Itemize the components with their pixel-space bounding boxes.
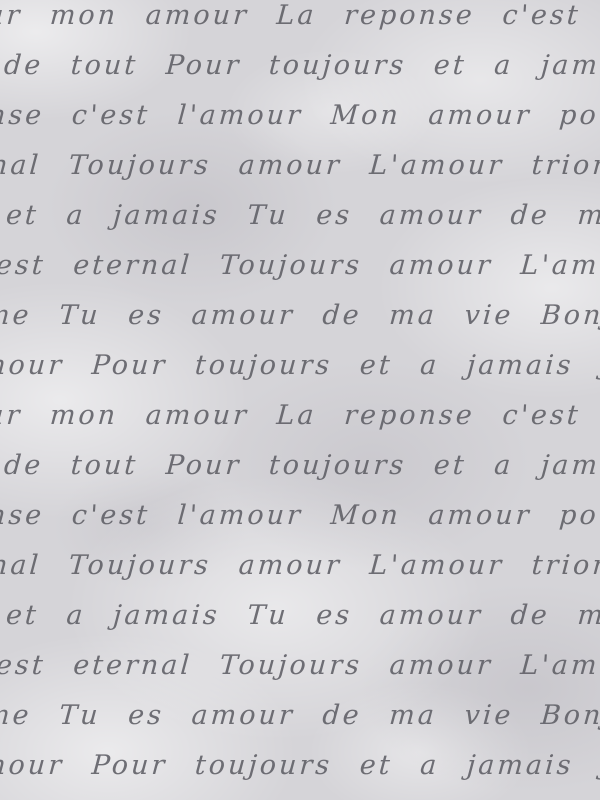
script-text-row: ur mon amour La reponse c'est l'amour Mo… (0, 0, 600, 41)
script-text-row: nse c'est l'amour Mon amour pour toi est… (0, 491, 600, 541)
script-text-row: mour Pour toujours et a jamais Je t'aime… (0, 341, 600, 391)
script-text-row: nse c'est l'amour Mon amour pour toi est… (0, 91, 600, 141)
script-text-row: nal Toujours amour L'amour triomphe de t… (0, 541, 600, 591)
script-text-row: est eternal Toujours amour L'amour triom… (0, 641, 600, 691)
script-text-row: et a jamais Tu es amour de ma vie Bonjou… (4, 591, 600, 641)
script-text-row: de tout Pour toujours et a jamais La rep… (2, 41, 600, 91)
script-text-row: de tout Pour toujours et a jamais La rep… (2, 441, 600, 491)
script-text-rows: ur mon amour La reponse c'est l'amour Mo… (0, 0, 600, 800)
script-text-row: me Tu es amour de ma vie Bonjour mon amo (0, 691, 600, 741)
script-text-row: est eternal Toujours amour L'amour triom… (0, 241, 600, 291)
script-text-row: nal Toujours amour L'amour triomphe de t… (0, 141, 600, 191)
script-text-row: ur mon amour La reponse c'est l'amour Mo… (0, 391, 600, 441)
script-text-row: et a jamais Tu es amour de ma vie Bonjou… (4, 191, 600, 241)
script-text-row: me Tu es amour de ma vie Bonjour mon amo (0, 291, 600, 341)
script-text-row: mour Pour toujours et a jamais Je t'aime… (0, 741, 600, 791)
pattern-canvas: ur mon amour La reponse c'est l'amour Mo… (0, 0, 600, 800)
